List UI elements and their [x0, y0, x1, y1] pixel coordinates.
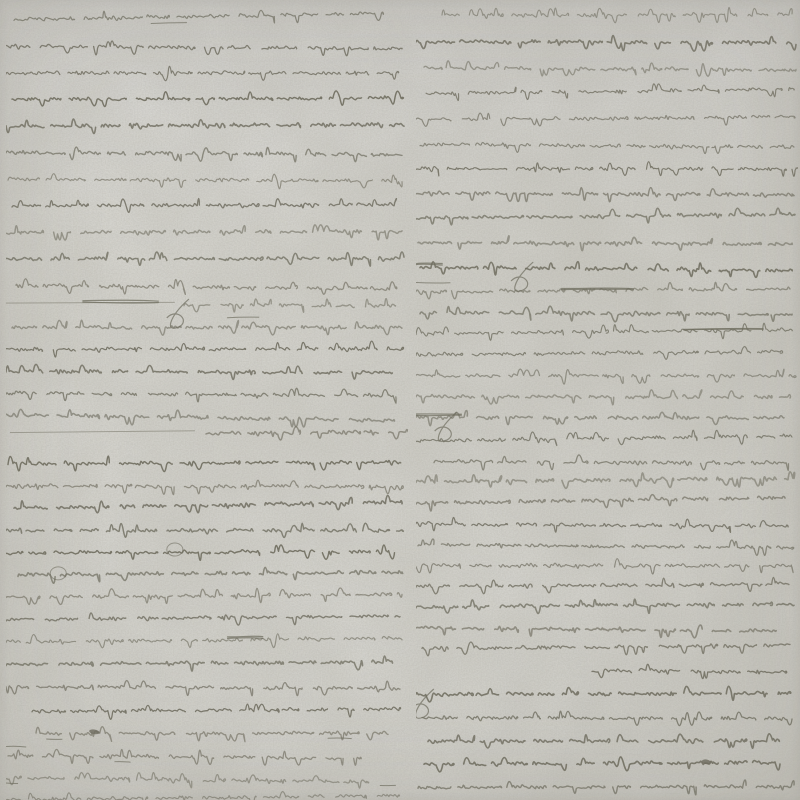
handwritten-line: [18, 566, 403, 584]
handwritten-line: [416, 162, 798, 177]
paragraph: [416, 282, 796, 443]
handwritten-line: [6, 147, 402, 162]
handwritten-line: [424, 757, 780, 772]
handwritten-line: [6, 251, 404, 267]
handwritten-line: [426, 82, 794, 100]
handwritten-line: [36, 726, 388, 742]
handwritten-line: [418, 538, 794, 556]
strike-mark: [683, 328, 763, 330]
handwritten-line: [418, 780, 794, 797]
flourish-mark: [416, 689, 434, 718]
handwritten-line: [416, 369, 796, 384]
handwritten-line: [6, 224, 402, 240]
overline-mark: [416, 282, 450, 283]
handwritten-line: [6, 772, 396, 790]
handwritten-line: [416, 493, 785, 511]
rule-mark: [10, 431, 195, 433]
handwritten-line: [416, 35, 796, 52]
handwritten-line: [6, 746, 361, 765]
handwritten-line: [6, 541, 395, 563]
handwritten-line: [6, 791, 399, 800]
handwritten-line: [8, 456, 401, 472]
strike-mark: [416, 263, 443, 265]
underline-mark: [114, 762, 130, 763]
circle-mark: [50, 567, 66, 580]
handwriting-column-right: [416, 0, 798, 800]
blot-mark: [89, 729, 100, 735]
paragraph: [6, 297, 396, 330]
handwritten-line: [416, 430, 792, 447]
paragraph: [10, 427, 408, 441]
paragraph: [416, 430, 795, 656]
handwritten-line: [6, 479, 403, 496]
overline-mark: [6, 746, 26, 747]
handwritten-line: [424, 61, 796, 77]
handwritten-line: [6, 587, 402, 605]
handwritten-line: [416, 471, 795, 490]
strike-mark: [227, 636, 263, 639]
handwritten-line: [16, 278, 397, 296]
handwritten-line: [6, 364, 392, 379]
handwritten-line: [6, 680, 400, 695]
handwritten-line: [14, 8, 384, 26]
handwritten-line: [8, 173, 402, 190]
handwritten-line: [416, 598, 794, 615]
strike-mark: [561, 288, 634, 290]
paragraph: [6, 8, 404, 296]
handwritten-line: [428, 734, 779, 749]
handwritten-line: [416, 346, 783, 361]
handwritten-line: [416, 518, 788, 533]
handwritten-line: [6, 66, 399, 81]
handwritten-line: [6, 611, 400, 626]
handwritten-line: [6, 521, 403, 539]
underline-mark: [6, 783, 18, 784]
handwritten-line: [6, 41, 402, 56]
paragraph: [416, 7, 796, 101]
handwriting-column-left: [6, 0, 408, 800]
paragraph: [416, 112, 798, 292]
handwritten-line: [416, 389, 790, 405]
manuscript-page: [0, 0, 800, 800]
handwritten-line: [12, 91, 403, 107]
strike-mark: [82, 300, 158, 303]
handwritten-line: [416, 410, 784, 442]
handwritten-line: [422, 711, 792, 726]
handwritten-line: [422, 640, 790, 655]
paragraph: [6, 704, 401, 800]
handwritten-line: [420, 306, 792, 322]
handwritten-line: [416, 186, 794, 204]
handwritten-line: [14, 495, 402, 514]
handwritten-line: [6, 632, 402, 650]
handwritten-line: [416, 208, 795, 225]
circle-mark: [167, 543, 183, 556]
handwritten-line: [416, 282, 790, 299]
handwritten-line: [416, 112, 795, 126]
handwritten-line: [10, 427, 408, 441]
paragraph: [416, 686, 794, 796]
handwritten-line: [6, 386, 396, 403]
handwritten-line: [416, 624, 776, 638]
handwritten-line: [416, 686, 791, 718]
handwritten-line: [420, 142, 794, 154]
handwritten-line: [12, 317, 402, 337]
underline-mark: [151, 23, 187, 24]
handwritten-line: [6, 409, 395, 428]
handwritten-line: [6, 297, 396, 330]
handwritten-line: [416, 577, 789, 594]
handwritten-line: [6, 341, 404, 357]
paragraph: [6, 456, 403, 696]
handwritten-line: [416, 323, 792, 341]
flourish-mark: [511, 262, 533, 291]
paragraph: [6, 317, 404, 428]
handwritten-line: [6, 119, 404, 134]
handwritten-line: [6, 656, 393, 671]
handwritten-line: [32, 704, 401, 720]
underline-mark: [328, 738, 352, 739]
handwritten-line: [442, 7, 792, 24]
paragraph: [592, 664, 787, 678]
overline-mark: [227, 317, 259, 318]
handwritten-line: [434, 454, 789, 471]
handwritten-line: [12, 198, 397, 213]
handwritten-line: [592, 664, 787, 678]
handwritten-line: [418, 235, 792, 251]
handwritten-line: [416, 557, 793, 575]
